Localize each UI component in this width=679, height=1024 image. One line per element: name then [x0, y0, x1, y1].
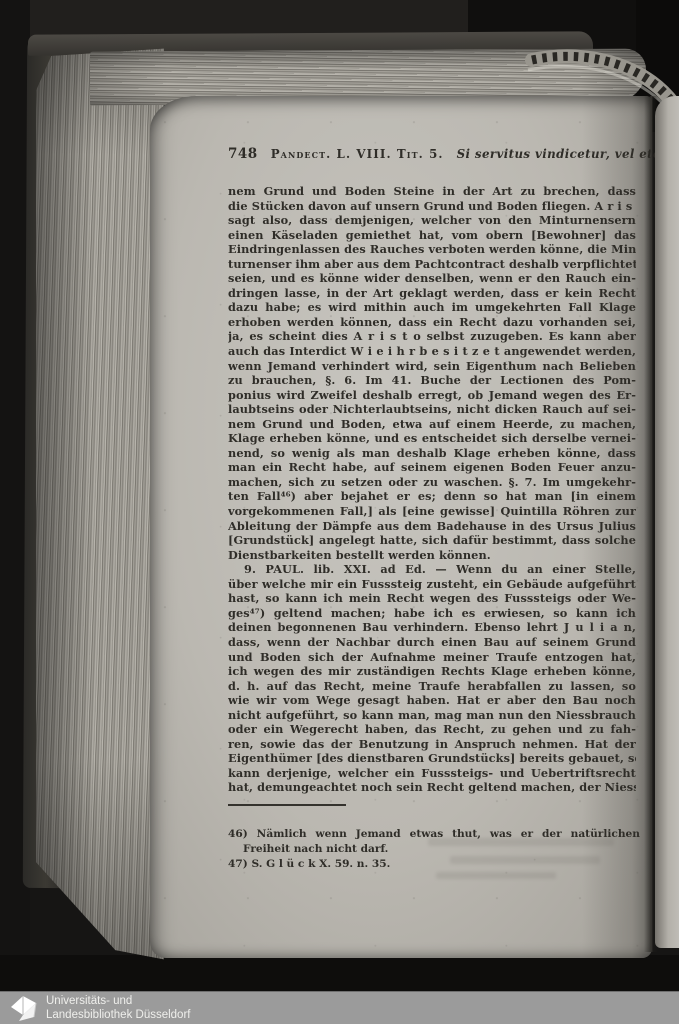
text-line: über welche mir ein Fusssteig zusteht, e…: [228, 577, 636, 592]
library-name-line1: Universitäts- und: [46, 995, 190, 1009]
footnote-separator-rule: [228, 804, 346, 806]
text-line: auch das Interdict W i e i h r b e s i t…: [228, 344, 636, 359]
book-scan-photo: 748 Pandect. L. VIII. Tit. 5. Si servitu…: [0, 0, 679, 1024]
text-line: nem Grund und Boden Steine in der Art zu…: [228, 184, 636, 199]
ulb-library-logo-icon: [8, 994, 40, 1023]
text-line: Ableitung der Dämpfe aus dem Badehause i…: [228, 519, 636, 534]
text-line: nem Grund und Boden, etwa auf einem Heer…: [228, 417, 636, 432]
text-line: sagt also, dass demjenigen, welcher von …: [228, 213, 636, 228]
text-line: deinen begonnenen Bau verhindern. Ebenso…: [228, 620, 636, 635]
text-line: ponius wird Zweifel deshalb erregt, ob J…: [228, 388, 636, 403]
footnote-47: 47) S. G l ü c k X. 59. n. 35.: [228, 857, 640, 872]
book-page: 748 Pandect. L. VIII. Tit. 5. Si servitu…: [150, 96, 652, 958]
text-line: wie wir vom Wege gesagt haben. Hat er ab…: [228, 693, 636, 708]
text-line: und Boden sich der Aufnahme meiner Trauf…: [228, 650, 636, 665]
text-line: Dienstbarkeiten bestellt werden können.: [228, 548, 636, 563]
text-line: turnenser ihm aber aus dem Pachtcontract…: [228, 257, 636, 272]
text-line: oder ein Wegerecht haben, das Recht, zu …: [228, 722, 636, 737]
text-line: 9. PAUL. lib. XXI. ad Ed. — Wenn du an e…: [228, 562, 636, 577]
text-line: nend, so wenig als man deshalb Klage erh…: [228, 446, 636, 461]
page-stack-fore-edge: [36, 45, 164, 963]
text-line: Freiheit nach nicht darf.: [228, 842, 640, 857]
text-line: laubtseins oder Nichterlaubtseins, nicht…: [228, 402, 636, 417]
page-number: 748: [228, 146, 258, 162]
text-line: nicht aufgeführt, so kann man, mag man n…: [228, 708, 636, 723]
library-name-line2: Landesbibliothek Düsseldorf: [46, 1009, 190, 1023]
text-line: 47) S. G l ü c k X. 59. n. 35.: [228, 857, 640, 872]
running-title-latin: Si servitus vindicetur, vel etc.: [457, 147, 666, 161]
text-line: vorgekommenen Fall,] als [eine gewisse] …: [228, 504, 636, 519]
text-line: wenn Jemand verhindert wird, sein Eigent…: [228, 359, 636, 374]
page-content: 748 Pandect. L. VIII. Tit. 5. Si servitu…: [150, 96, 652, 958]
facing-page-sliver: [655, 96, 679, 948]
text-line: dringen lasse, in der Art geklagt werden…: [228, 286, 636, 301]
library-name: Universitäts- und Landesbibliothek Düsse…: [46, 995, 190, 1022]
text-line: machen, sich zu setzen oder zu waschen. …: [228, 475, 636, 490]
text-line: hast, so kann ich mein Recht wegen des F…: [228, 591, 636, 606]
text-line: d. h. auf das Recht, meine Traufe herabf…: [228, 679, 636, 694]
text-line: ges⁴⁷) geltend machen; habe ich es erwie…: [228, 606, 636, 621]
text-line: Klage erheben könne, und es entscheidet …: [228, 431, 636, 446]
text-line: hat, demungeachtet noch sein Recht gelte…: [228, 780, 636, 795]
text-line: kann derjenige, welcher ein Fusssteigs- …: [228, 766, 636, 781]
text-line: ich wegen des mir zuständigen Rechts Kla…: [228, 664, 636, 679]
paragraph-continued: nem Grund und Boden Steine in der Art zu…: [228, 184, 636, 562]
text-line: ten Fall⁴⁶) aber bejahet er es; denn so …: [228, 489, 636, 504]
text-line: die Stücken davon auf unsern Grund und B…: [228, 199, 636, 214]
text-line: dazu habe; es wird mithin auch im umgeke…: [228, 300, 636, 315]
text-line: einen Käseladen gemiethet hat, vom obern…: [228, 228, 636, 243]
running-title-reference: Pandect. L. VIII. Tit. 5.: [271, 147, 444, 161]
text-line: ja, es scheint dies A r i s t o selbst z…: [228, 329, 636, 344]
library-footer-bar: Universitäts- und Landesbibliothek Düsse…: [0, 991, 679, 1024]
text-line: Eigenthümer [des dienstbaren Grundstücks…: [228, 751, 636, 766]
footnote-46: 46) Nämlich wenn Jemand etwas thut, was …: [228, 827, 640, 857]
text-line: seien, und es könne wider denselben, wen…: [228, 271, 636, 286]
text-line: erhoben werden können, dass ein Recht da…: [228, 315, 636, 330]
text-line: 46) Nämlich wenn Jemand etwas thut, was …: [228, 827, 640, 842]
text-line: man ein Recht habe, auf seinem eigenen B…: [228, 460, 636, 475]
text-line: [Grundstück] angelegt hatte, sich dafür …: [228, 533, 636, 548]
text-line: Eindringenlassen des Rauches verboten we…: [228, 242, 636, 257]
text-line: zu brauchen, §. 6. Im 41. Buche der Lect…: [228, 373, 636, 388]
background-bottom: [0, 955, 679, 991]
paragraph-9-paul: 9. PAUL. lib. XXI. ad Ed. — Wenn du an e…: [228, 562, 636, 795]
text-line: dass, wenn der Nachbar durch einen Bau a…: [228, 635, 636, 650]
text-line: ren, sowie das der Benutzung in Anspruch…: [228, 737, 636, 752]
page-header: 748 Pandect. L. VIII. Tit. 5. Si servitu…: [228, 146, 636, 162]
bleedthrough-mark: [436, 872, 556, 879]
